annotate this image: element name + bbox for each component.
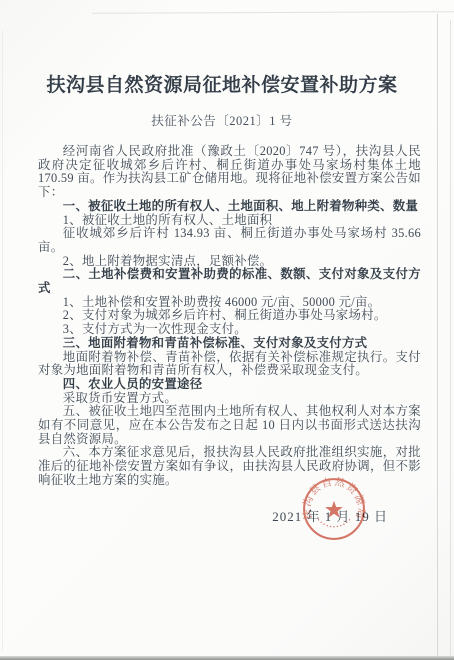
paragraph: 经河南省人民政府批准（豫政土〔2020〕747 号），扶沟县人民政府决定征收城郊…	[38, 145, 421, 200]
document-title: 扶沟县自然资源局征地补偿安置补助方案	[20, 70, 424, 97]
document-date: 2021 年 1 月 19 日	[0, 506, 388, 525]
scan-edge-right-line	[437, 14, 438, 656]
paragraph: 一、被征收土地的所有权人、土地面积、地上附着物种类、数量	[38, 200, 421, 214]
paragraph: 三、地面附着物和青苗补偿标准、支付对象及支付方式	[38, 337, 421, 351]
document-body: 经河南省人民政府批准（豫政土〔2020〕747 号），扶沟县人民政府决定征收城郊…	[38, 145, 421, 488]
document-number: 扶征补公告〔2021〕1 号	[20, 111, 424, 129]
paragraph: 征收城郊乡后许村 134.93 亩、桐丘街道办事处马家场村 35.66 亩。	[38, 227, 421, 254]
scanned-document-page: 扶沟县自然资源局征地补偿安置补助方案 扶征补公告〔2021〕1 号 经河南省人民…	[0, 0, 454, 660]
paragraph: 二、土地补偿费和安置补助费的标准、数额、支付对象及支付方式	[38, 268, 421, 295]
paragraph: 五、被征收土地四至范围内土地所有权人、其他权利人对本方案如有不同意见，应在本公告…	[38, 405, 421, 446]
scan-edge-left-line	[2, 30, 3, 650]
scan-edge-bottom-band	[0, 656, 454, 660]
scan-edge-top-line	[92, 11, 454, 14]
paragraph: 3、支付方式为一次性现金支付。	[38, 323, 421, 337]
paragraph: 四、农业人员的安置途径	[38, 378, 421, 392]
scan-edge-right-line-2	[450, 20, 451, 656]
paragraph: 六、本方案征求意见后，报扶沟县人民政府批准组织实施，对批准后的征地补偿安置方案如…	[38, 446, 421, 487]
paragraph: 地面附着物补偿、青苗补偿，依据有关补偿标准规定执行。支付对象为地面附着物和青苗所…	[38, 351, 421, 378]
